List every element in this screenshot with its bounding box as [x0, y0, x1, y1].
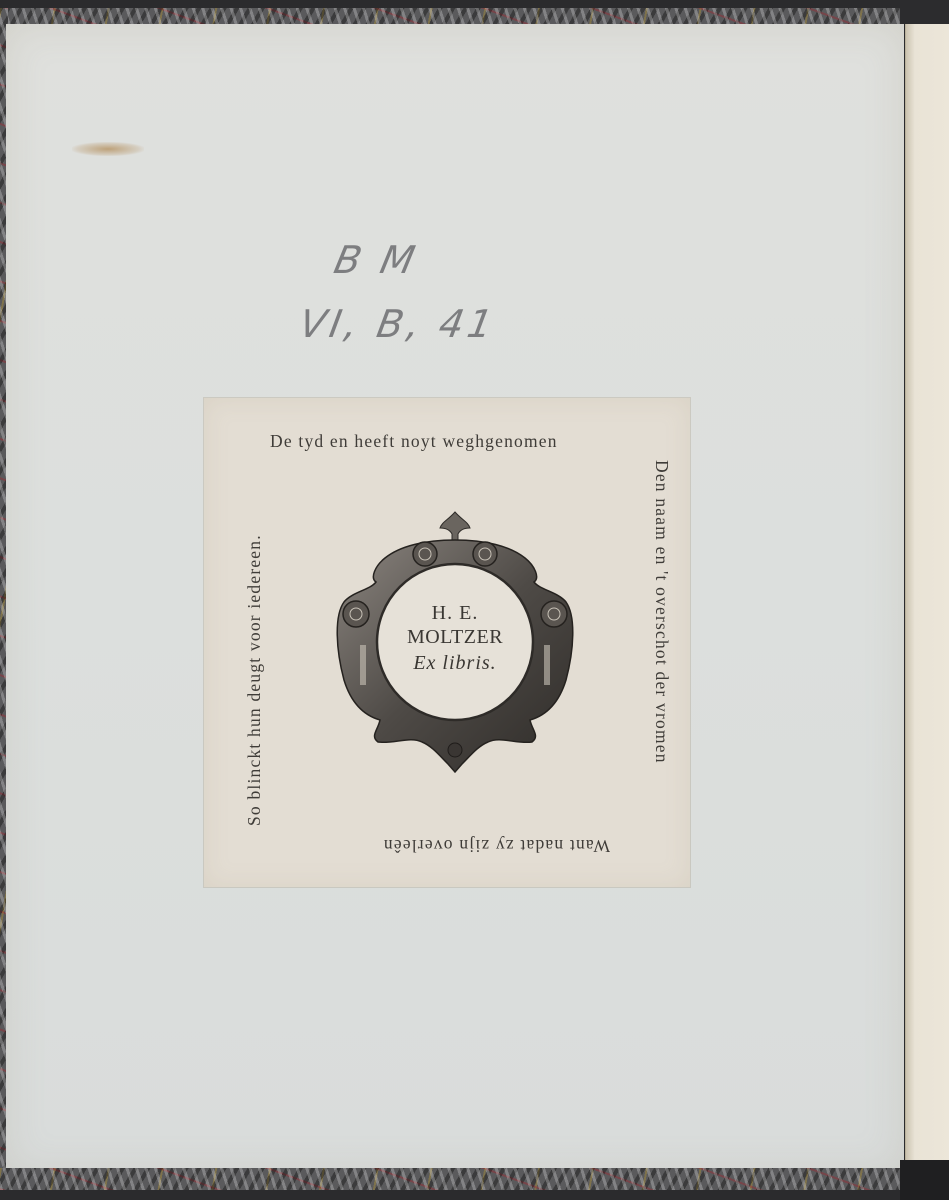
cartouche: H. E. MOLTZER Ex libris. — [330, 510, 580, 780]
pencil-note-line1: B M — [330, 238, 422, 282]
marbled-edge-bottom — [0, 1168, 900, 1190]
binding-corner-top — [900, 0, 949, 24]
motto-bottom: Want nadat zy zijn overleên — [383, 835, 610, 856]
binding-corner-bottom — [900, 1160, 949, 1200]
foxing-stain — [72, 142, 144, 156]
owner-name: MOLTZER — [330, 626, 580, 649]
pencil-note-shelfmark: VI, B, 41 — [296, 302, 500, 346]
motto-top: De tyd en heeft noyt weghgenomen — [270, 431, 558, 452]
bookplate: De tyd en heeft noyt weghgenomen Den naa… — [204, 398, 690, 887]
motto-left: So blinckt hun deugt voor iedereen. — [244, 534, 265, 826]
motto-right: Den naam en 't overschot der vromen — [651, 460, 672, 764]
ex-libris-label: Ex libris. — [330, 652, 580, 675]
owner-initials: H. E. — [330, 602, 580, 625]
flyleaf-edge — [905, 24, 949, 1164]
